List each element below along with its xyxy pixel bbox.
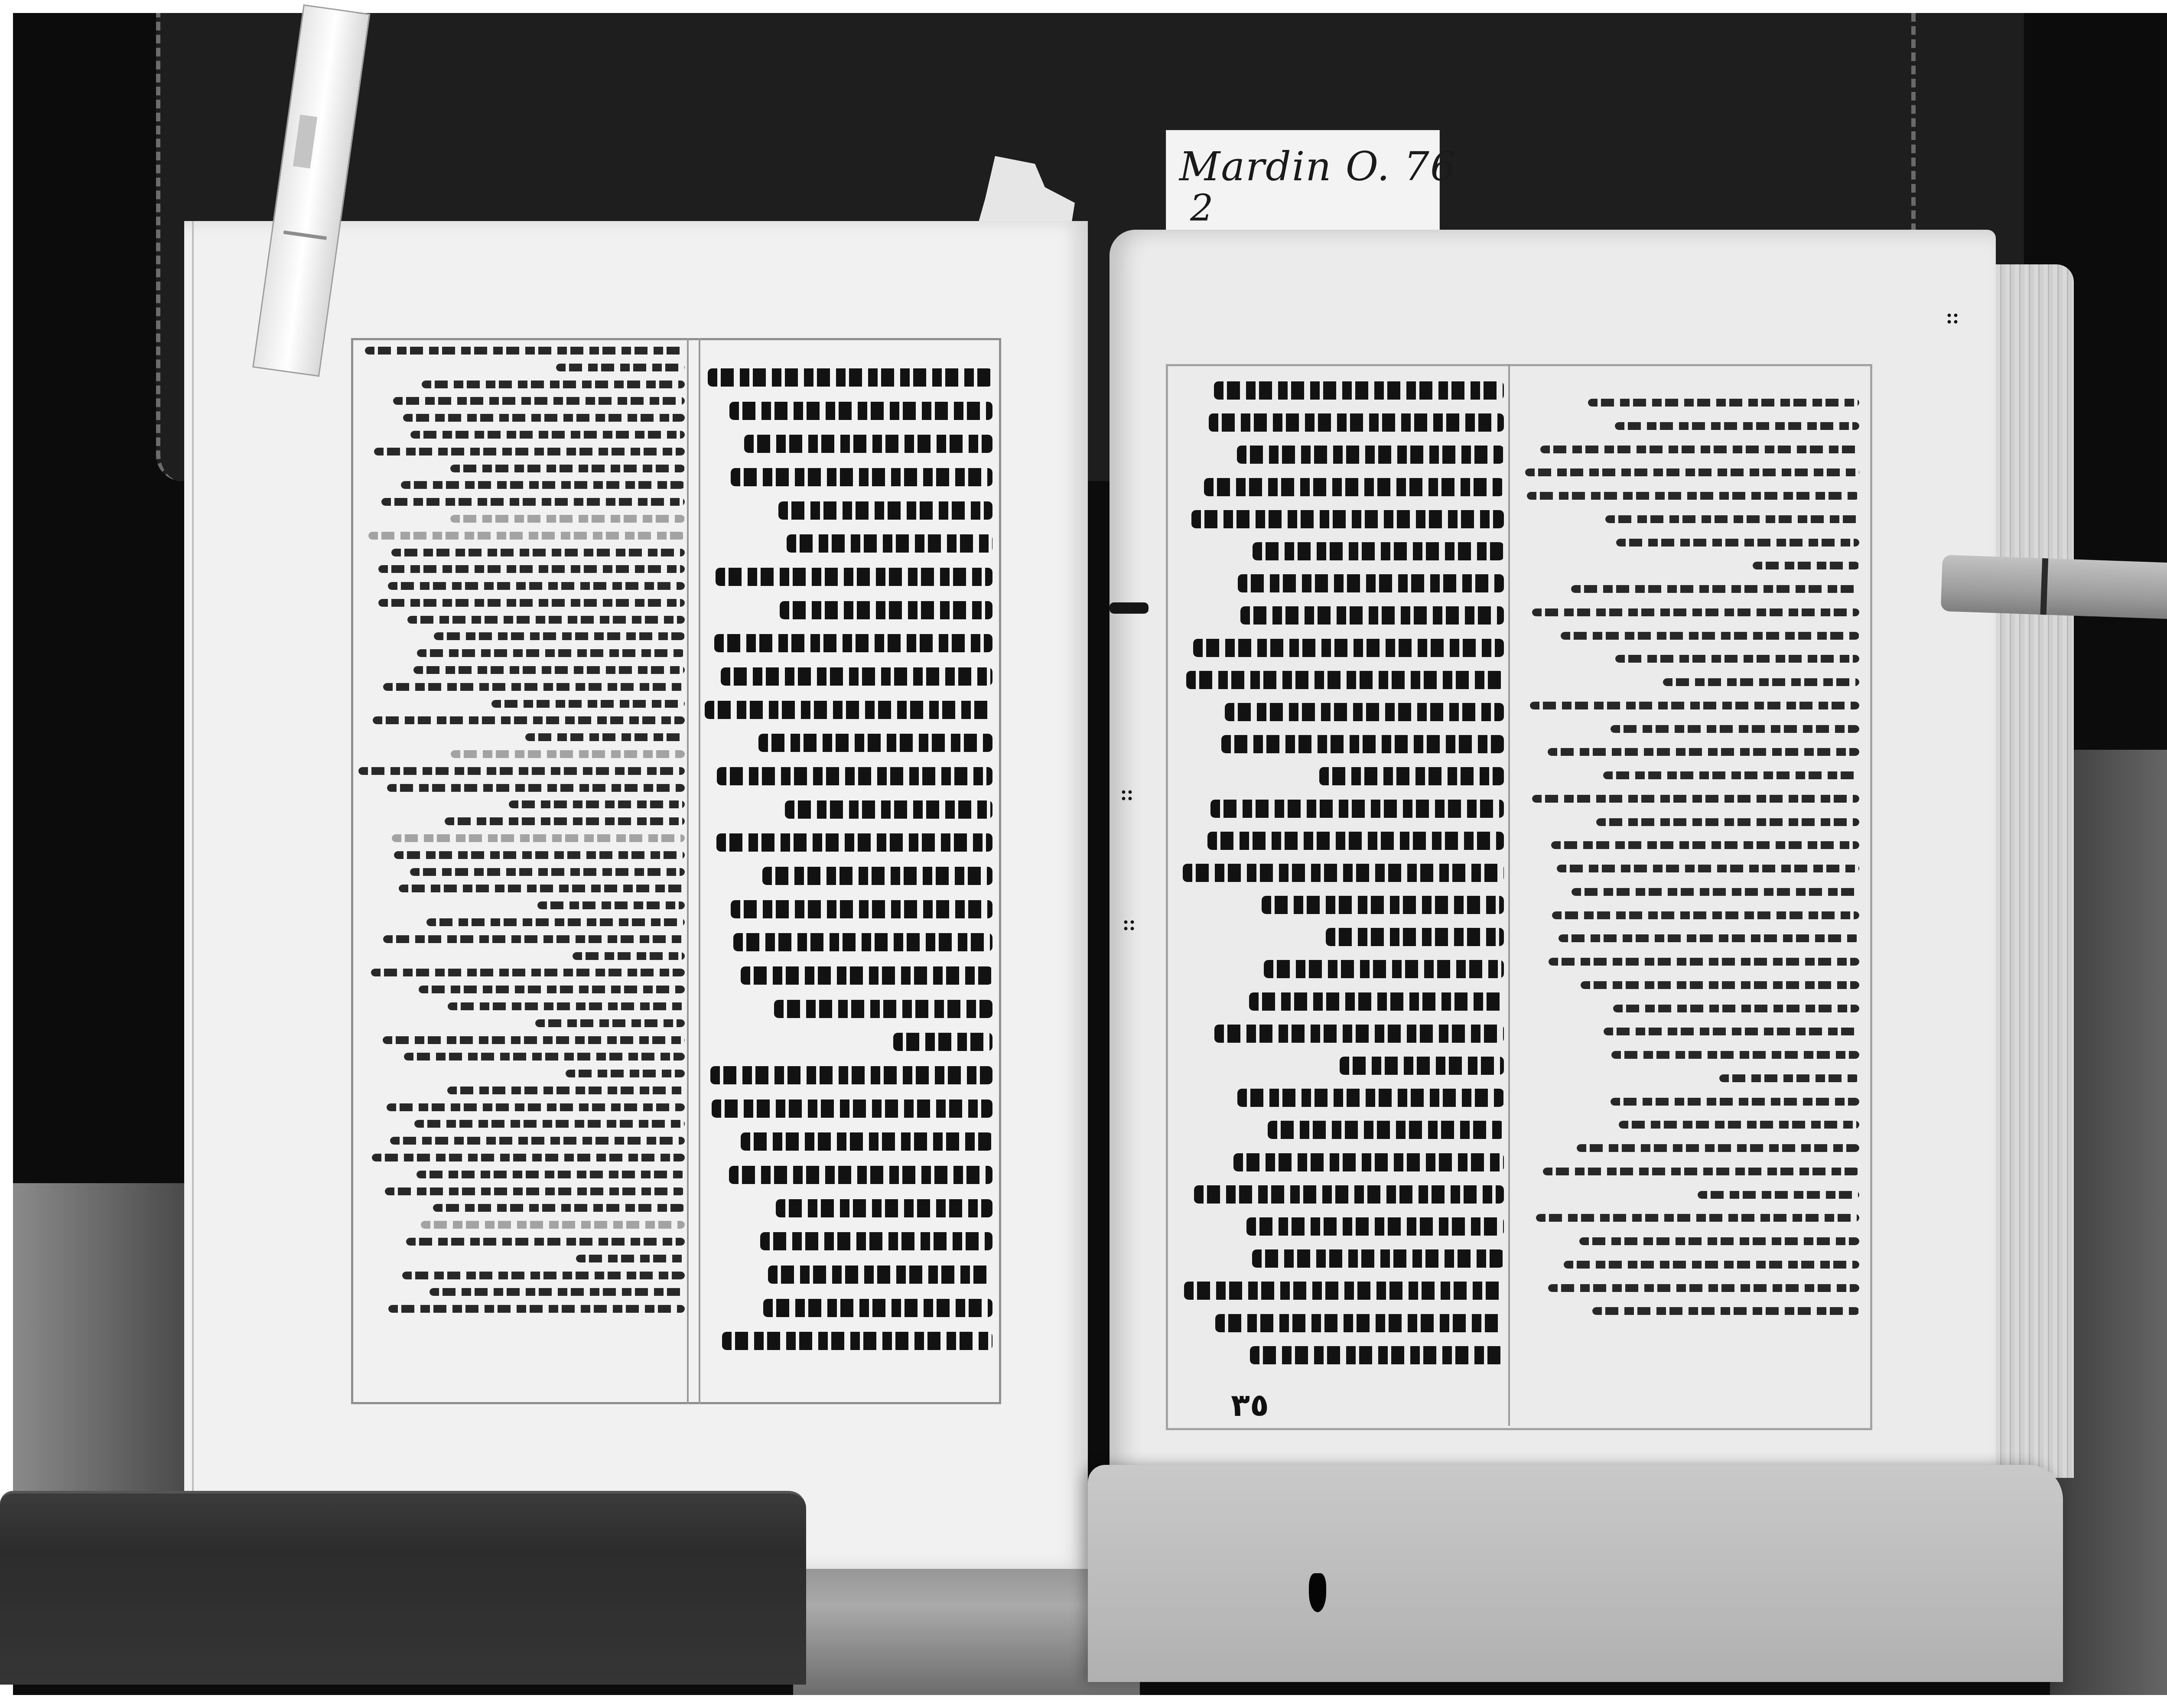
manuscript-text-line: [1548, 1284, 1859, 1292]
manuscript-text-line: [537, 901, 685, 909]
manuscript-text-line: [1186, 671, 1504, 689]
manuscript-text-line: [1663, 678, 1859, 686]
manuscript-text-line: [1252, 1249, 1504, 1268]
manuscript-text-line: [402, 1272, 685, 1279]
manuscript-text-line: [573, 952, 685, 960]
manuscript-text-line: [416, 1171, 685, 1178]
manuscript-text-line: [731, 468, 992, 486]
manuscript-text-line: [1549, 958, 1859, 966]
manuscript-text-line: [1592, 1307, 1859, 1315]
manuscript-text-line: [509, 800, 685, 808]
manuscript-text-line: [1191, 510, 1504, 528]
folio-number: ٣٥: [1231, 1387, 1269, 1423]
manuscript-text-line: [535, 1019, 685, 1027]
manuscript-text-line: [1559, 934, 1859, 942]
manuscript-text-line: [1543, 1168, 1859, 1175]
manuscript-text-line: [388, 1305, 685, 1313]
manuscript-text-line: [374, 448, 685, 455]
manuscript-text-line: [445, 817, 685, 825]
manuscript-text-line: [422, 381, 685, 388]
manuscript-text-line: [729, 1166, 992, 1184]
manuscript-text-line: [1572, 888, 1859, 896]
manuscript-text-line: [1194, 1185, 1504, 1204]
manuscript-text-line: [434, 632, 685, 640]
manuscript-text-line: [381, 498, 685, 506]
manuscript-text-line: [1596, 818, 1859, 826]
manuscript-text-line: [451, 750, 685, 758]
manuscript-text-line: [1551, 841, 1859, 849]
manuscript-text-line: [785, 800, 992, 819]
manuscript-text-line: [733, 933, 992, 951]
manuscript-text-line: [1237, 1089, 1504, 1107]
manuscript-text-line: [1221, 735, 1504, 753]
manuscript-text-line: [1184, 1282, 1504, 1300]
manuscript-text-line: [1525, 468, 1859, 476]
manuscript-text-line: [393, 397, 685, 405]
manuscript-text-line: [399, 885, 685, 892]
manuscript-text-line: [1207, 832, 1504, 850]
manuscript-text-line: [1532, 795, 1859, 803]
manuscript-text-line: [433, 1204, 685, 1212]
manuscript-text-line: [778, 501, 992, 520]
manuscript-text-line: [448, 1002, 685, 1010]
left-page-inner-column: [702, 368, 992, 1365]
manuscript-text-line: [1561, 632, 1859, 640]
manuscript-text-line: [378, 599, 685, 607]
manuscript-text-line: [712, 1100, 992, 1118]
manuscript-text-line: [1530, 702, 1859, 709]
manuscript-text-line: [731, 900, 992, 918]
manuscript-text-line: [1268, 1121, 1504, 1139]
manuscript-text-line: [729, 402, 992, 420]
manuscript-text-line: [414, 1120, 685, 1128]
manuscript-text-line: [491, 700, 685, 708]
manuscript-text-line: [714, 634, 992, 652]
right-column-rule: [1508, 364, 1510, 1426]
page-edges: [1996, 264, 2074, 1478]
manuscript-text-line: [392, 834, 685, 842]
right-page-outer-column: [1521, 399, 1859, 1331]
manuscript-text-line: [717, 767, 992, 785]
ink-blot: [1309, 1573, 1326, 1612]
label-number: 2: [1190, 187, 1213, 229]
foreground-book-light: [1088, 1465, 2063, 1682]
manuscript-text-line: [762, 867, 992, 885]
manuscript-text-line: [371, 969, 685, 976]
margin-note: [1110, 602, 1149, 614]
manuscript-text-line: [401, 481, 685, 489]
manuscript-text-line: [383, 1036, 685, 1044]
manuscript-text-line: [525, 733, 685, 741]
manuscript-text-line: [1698, 1191, 1859, 1199]
manuscript-text-line: [1183, 864, 1504, 882]
label-shelfmark: Mardin O. 76: [1179, 143, 1456, 190]
manuscript-text-line: [413, 666, 685, 674]
manuscript-text-line: [722, 1332, 992, 1350]
manuscript-text-line: [417, 649, 685, 657]
manuscript-text-line: [1246, 1217, 1504, 1236]
manuscript-text-line: [1215, 1314, 1504, 1332]
manuscript-text-line: [556, 364, 685, 371]
manuscript-text-line: [760, 1232, 992, 1250]
foreground-book-dark: [0, 1491, 806, 1685]
manuscript-text-line: [1603, 771, 1859, 779]
manuscript-text-line: [768, 1266, 992, 1284]
manuscript-text-line: [741, 1132, 992, 1151]
manuscript-text-line: [1249, 992, 1504, 1011]
manuscript-text-line: [741, 966, 992, 985]
manuscript-text-line: [1238, 574, 1504, 592]
manuscript-text-line: [388, 582, 685, 590]
manuscript-text-line: [1557, 865, 1859, 872]
manuscript-text-line: [1340, 1057, 1504, 1075]
manuscript-text-line: [1616, 539, 1859, 547]
manuscript-text-line: [1588, 399, 1859, 407]
manuscript-text-line: [1250, 1346, 1504, 1364]
manuscript-text-line: [378, 565, 685, 573]
manuscript-text-line: [776, 1199, 992, 1217]
left-column-rule: [687, 338, 689, 1404]
manuscript-text-line: [365, 347, 685, 355]
manuscript-text-line: [419, 986, 685, 993]
manuscript-text-line: [1540, 446, 1859, 453]
manuscript-text-line: [1253, 542, 1504, 560]
manuscript-text-line: [721, 667, 992, 686]
manuscript-text-line: [1326, 928, 1504, 946]
manuscript-text-line: [1615, 655, 1859, 663]
manuscript-text-line: [1536, 1214, 1859, 1222]
manuscript-text-line: [780, 601, 992, 619]
left-page-outer-column: [355, 347, 685, 1322]
manuscript-text-line: [1719, 1074, 1859, 1082]
manuscript-text-line: [1611, 1098, 1859, 1106]
manuscript-text-line: [774, 1000, 992, 1018]
manuscript-text-line: [708, 368, 992, 387]
manuscript-text-line: [1552, 911, 1859, 919]
manuscript-text-line: [705, 701, 992, 719]
manuscript-text-line: [385, 1187, 685, 1195]
manuscript-text-line: [373, 716, 685, 724]
right-page-inner-column: [1179, 381, 1504, 1378]
manuscript-text-line: [447, 1087, 685, 1094]
manuscript-text-line: [1319, 767, 1504, 785]
manuscript-text-line: [426, 918, 685, 926]
manuscript-text-line: [1579, 1237, 1859, 1245]
manuscript-text-line: [1214, 381, 1504, 400]
manuscript-text-line: [1548, 748, 1860, 756]
manuscript-text-line: [1753, 562, 1859, 569]
margin-ornament: [1123, 919, 1136, 932]
manuscript-text-line: [576, 1255, 685, 1262]
manuscript-text-line: [1262, 896, 1504, 914]
manuscript-text-line: [387, 1103, 685, 1111]
manuscript-text-line: [744, 435, 992, 453]
manuscript-text-line: [1233, 1153, 1504, 1171]
manuscript-text-line: [407, 616, 685, 624]
manuscript-text-line: [1577, 1144, 1859, 1152]
manuscript-text-line: [716, 568, 992, 586]
manuscript-text-line: [1240, 606, 1504, 625]
manuscript-text-line: [763, 1299, 992, 1317]
manuscript-text-line: [383, 683, 685, 691]
manuscript-text-line: [429, 1288, 685, 1296]
manuscript-text-line: [1611, 1051, 1859, 1059]
manuscript-text-line: [893, 1033, 992, 1051]
manuscript-text-line: [710, 1066, 992, 1084]
manuscript-text-line: [1613, 1005, 1859, 1012]
manuscript-text-line: [1225, 703, 1504, 721]
manuscript-text-line: [1527, 492, 1859, 500]
manuscript-text-line: [566, 1070, 685, 1077]
archive-label: Mardin O. 76 2: [1166, 130, 1440, 239]
manuscript-text-line: [383, 935, 685, 943]
manuscript-text-line: [410, 431, 685, 439]
manuscript-text-line: [1210, 800, 1504, 818]
manuscript-text-line: [390, 1137, 685, 1145]
manuscript-text-line: [787, 534, 992, 553]
manuscript-text-line: [1193, 639, 1504, 657]
manuscript-text-line: [1204, 478, 1504, 496]
manuscript-text-line: [403, 414, 685, 422]
manuscript-text-line: [1571, 585, 1859, 593]
manuscript-text-line: [1604, 1028, 1859, 1035]
manuscript-text-line: [1615, 422, 1859, 430]
manuscript-text-line: [404, 1053, 685, 1061]
manuscript-text-line: [758, 734, 992, 752]
manuscript-text-line: [716, 833, 992, 852]
manuscript-text-line: [1605, 515, 1859, 523]
manuscript-text-line: [421, 1221, 685, 1229]
manuscript-text-line: [1619, 1121, 1859, 1129]
corner-ornament: [1946, 312, 1959, 325]
manuscript-text-line: [1237, 446, 1504, 464]
manuscript-text-line: [394, 851, 685, 859]
manuscript-text-line: [391, 549, 685, 556]
manuscript-text-line: [450, 465, 685, 472]
manuscript-text-line: [1214, 1025, 1504, 1043]
margin-ornament: [1120, 789, 1133, 802]
manuscript-text-line: [450, 515, 685, 523]
manuscript-text-line: [1209, 413, 1504, 432]
manuscript-text-line: [1564, 1261, 1859, 1269]
left-column-rule-2: [699, 338, 700, 1404]
manuscript-text-line: [1264, 960, 1504, 978]
manuscript-text-line: [368, 532, 685, 540]
manuscript-text-line: [358, 767, 685, 775]
manuscript-text-line: [1532, 608, 1859, 616]
manuscript-text-line: [1581, 981, 1859, 989]
manuscript-text-line: [1611, 725, 1859, 733]
manuscript-text-line: [410, 868, 685, 876]
manuscript-text-line: [372, 1154, 685, 1161]
manuscript-text-line: [406, 1238, 685, 1246]
manuscript-text-line: [387, 784, 685, 792]
